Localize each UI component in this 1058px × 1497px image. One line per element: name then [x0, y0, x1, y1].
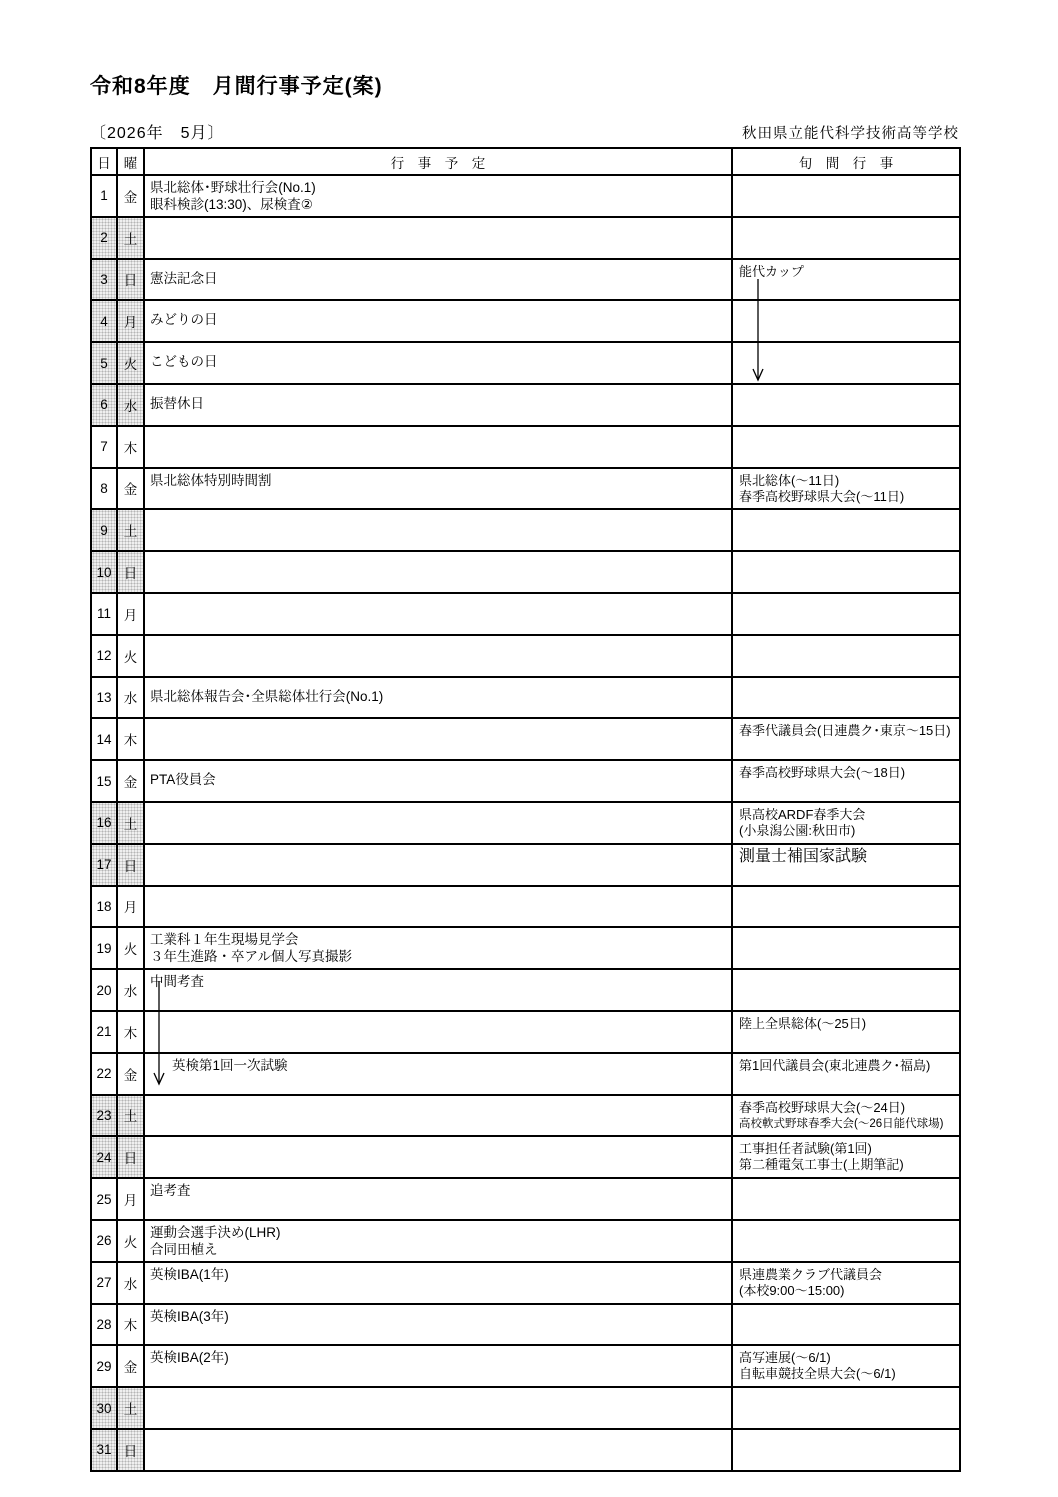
schedule-row: 1金県北総体･野球壮行会(No.1)眼科検診(13:30)、尿検査② [91, 175, 960, 217]
period-event-text: (小泉潟公園:秋田市) [739, 823, 955, 839]
schedule-row: 29金英検IBA(2年)高写連展(～6/1)自転車競技全県大会(～6/1) [91, 1345, 960, 1387]
period-events-cell: 県高校ARDF春季大会(小泉潟公園:秋田市) [732, 802, 960, 844]
events-cell [144, 718, 732, 760]
weekday-cell: 土 [117, 1095, 144, 1137]
day-cell: 7 [91, 426, 117, 468]
events-cell: 振替休日 [144, 384, 732, 426]
schedule-row: 4月みどりの日 [91, 300, 960, 342]
schedule-row: 23土春季高校野球県大会(～24日)高校軟式野球春季大会(～26日能代球場) [91, 1095, 960, 1137]
schedule-row: 5火こどもの日 [91, 342, 960, 384]
day-cell: 5 [91, 342, 117, 384]
event-text: みどりの日 [150, 311, 727, 328]
schedule-row: 25月追考査 [91, 1178, 960, 1220]
period-events-cell [732, 217, 960, 259]
event-text: 合同田植え [150, 1241, 727, 1258]
events-cell [144, 886, 732, 928]
events-cell: 運動会選手決め(LHR)合同田植え [144, 1220, 732, 1262]
period-events-cell: 第1回代議員会(東北連農ク･福島) [732, 1053, 960, 1095]
page-title: 令和8年度 月間行事予定(案) [90, 70, 383, 100]
period-event-text: 県連農業クラブ代議員会 [739, 1267, 955, 1283]
schedule-row: 30土 [91, 1387, 960, 1429]
weekday-cell: 日 [117, 1136, 144, 1178]
events-cell [144, 802, 732, 844]
day-cell: 16 [91, 802, 117, 844]
day-cell: 28 [91, 1304, 117, 1346]
events-cell: こどもの日 [144, 342, 732, 384]
day-cell: 30 [91, 1387, 117, 1429]
event-text: 県北総体報告会･全県総体壮行会(No.1) [150, 688, 727, 705]
schedule-row: 28木英検IBA(3年) [91, 1304, 960, 1346]
period-events-cell [732, 1387, 960, 1429]
school-name: 秋田県立能代科学技術高等学校 [742, 122, 959, 143]
day-cell: 13 [91, 677, 117, 719]
events-cell: 英検IBA(3年) [144, 1304, 732, 1346]
weekday-cell: 金 [117, 1345, 144, 1387]
schedule-row: 16土県高校ARDF春季大会(小泉潟公園:秋田市) [91, 802, 960, 844]
events-cell [144, 1429, 732, 1471]
day-cell: 12 [91, 635, 117, 677]
events-cell: 英検第1回一次試験 [144, 1053, 732, 1095]
day-cell: 31 [91, 1429, 117, 1471]
schedule-row: 20水中間考査 [91, 969, 960, 1011]
header-period-events: 旬 間 行 事 [732, 148, 960, 175]
schedule-row: 12火 [91, 635, 960, 677]
event-text: 県北総体特別時間割 [150, 472, 727, 489]
day-cell: 25 [91, 1178, 117, 1220]
day-cell: 24 [91, 1136, 117, 1178]
events-cell [144, 1136, 732, 1178]
day-cell: 20 [91, 969, 117, 1011]
period-events-cell: 能代カップ [732, 259, 960, 301]
events-cell: 県北総体･野球壮行会(No.1)眼科検診(13:30)、尿検査② [144, 175, 732, 217]
period-event-text: 春季高校野球県大会(～11日) [739, 489, 955, 505]
period-events-cell: 県北総体(～11日)春季高校野球県大会(～11日) [732, 468, 960, 510]
events-cell: みどりの日 [144, 300, 732, 342]
period-event-text: 高校軟式野球春季大会(～26日能代球場) [739, 1116, 955, 1132]
period-events-cell [732, 509, 960, 551]
schedule-row: 24日工事担任者試験(第1回)第二種電気工事士(上期筆記) [91, 1136, 960, 1178]
day-cell: 29 [91, 1345, 117, 1387]
weekday-cell: 土 [117, 509, 144, 551]
schedule-row: 2土 [91, 217, 960, 259]
day-cell: 26 [91, 1220, 117, 1262]
weekday-cell: 金 [117, 175, 144, 217]
period-event-text: 第二種電気工事士(上期筆記) [739, 1157, 955, 1173]
events-cell: 中間考査 [144, 969, 732, 1011]
period-events-cell: 春季高校野球県大会(～18日) [732, 760, 960, 802]
period-events-cell [732, 635, 960, 677]
weekday-cell: 月 [117, 1178, 144, 1220]
schedule-row: 18月 [91, 886, 960, 928]
day-cell: 11 [91, 593, 117, 635]
weekday-cell: 水 [117, 1262, 144, 1304]
schedule-row: 7木 [91, 426, 960, 468]
day-cell: 10 [91, 551, 117, 593]
day-cell: 4 [91, 300, 117, 342]
day-cell: 3 [91, 259, 117, 301]
event-text: 振替休日 [150, 395, 727, 412]
events-cell [144, 593, 732, 635]
schedule-table: 日 曜 行 事 予 定 旬 間 行 事 1金県北総体･野球壮行会(No.1)眼科… [90, 147, 961, 1472]
schedule-row: 22金英検第1回一次試験第1回代議員会(東北連農ク･福島) [91, 1053, 960, 1095]
day-cell: 1 [91, 175, 117, 217]
period-events-cell [732, 342, 960, 384]
weekday-cell: 日 [117, 259, 144, 301]
event-text: ３年生進路・卒アル個人写真撮影 [150, 948, 727, 965]
events-cell: PTA役員会 [144, 760, 732, 802]
weekday-cell: 金 [117, 760, 144, 802]
period-events-cell [732, 384, 960, 426]
events-cell [144, 509, 732, 551]
schedule-row: 9土 [91, 509, 960, 551]
period-event-text: 春季高校野球県大会(～24日) [739, 1100, 955, 1116]
schedule-row: 21木陸上全県総体(～25日) [91, 1011, 960, 1053]
period-events-cell [732, 593, 960, 635]
period-events-cell: 高写連展(～6/1)自転車競技全県大会(～6/1) [732, 1345, 960, 1387]
period-events-cell [732, 426, 960, 468]
period-events-cell [732, 927, 960, 969]
weekday-cell: 木 [117, 426, 144, 468]
day-cell: 6 [91, 384, 117, 426]
event-text: 追考査 [150, 1182, 727, 1199]
period-event-text: 県北総体(～11日) [739, 473, 955, 489]
period-events-cell [732, 969, 960, 1011]
day-cell: 9 [91, 509, 117, 551]
period-event-text: 工事担任者試験(第1回) [739, 1141, 955, 1157]
schedule-row: 17日測量士補国家試験 [91, 844, 960, 886]
weekday-cell: 木 [117, 718, 144, 760]
weekday-cell: 火 [117, 342, 144, 384]
day-cell: 21 [91, 1011, 117, 1053]
period-event-text: 測量士補国家試験 [739, 849, 955, 865]
events-cell: 県北総体報告会･全県総体壮行会(No.1) [144, 677, 732, 719]
event-text: 運動会選手決め(LHR) [150, 1224, 727, 1241]
period-events-cell [732, 886, 960, 928]
schedule-page: 令和8年度 月間行事予定(案) 〔2026年 5月〕 秋田県立能代科学技術高等学… [0, 0, 1058, 1497]
period-events-cell: 陸上全県総体(～25日) [732, 1011, 960, 1053]
period-event-text: (本校9:00～15:00) [739, 1283, 955, 1299]
period-event-text: 陸上全県総体(～25日) [739, 1016, 955, 1032]
day-cell: 15 [91, 760, 117, 802]
period-events-cell: 春季高校野球県大会(～24日)高校軟式野球春季大会(～26日能代球場) [732, 1095, 960, 1137]
header-row: 日 曜 行 事 予 定 旬 間 行 事 [91, 148, 960, 175]
events-cell [144, 635, 732, 677]
event-text: 中間考査 [150, 973, 727, 990]
event-text: こどもの日 [150, 353, 727, 370]
schedule-row: 11月 [91, 593, 960, 635]
schedule-row: 6水振替休日 [91, 384, 960, 426]
weekday-cell: 土 [117, 1387, 144, 1429]
day-cell: 14 [91, 718, 117, 760]
events-cell: 県北総体特別時間割 [144, 468, 732, 510]
schedule-row: 8金県北総体特別時間割県北総体(～11日)春季高校野球県大会(～11日) [91, 468, 960, 510]
period-event-text: 自転車競技全県大会(～6/1) [739, 1366, 955, 1382]
events-cell [144, 426, 732, 468]
period-events-cell [732, 300, 960, 342]
event-text: 英検IBA(3年) [150, 1308, 727, 1325]
period-events-cell [732, 1429, 960, 1471]
events-cell: 英検IBA(2年) [144, 1345, 732, 1387]
period-events-cell [732, 551, 960, 593]
schedule-row: 27水英検IBA(1年)県連農業クラブ代議員会(本校9:00～15:00) [91, 1262, 960, 1304]
day-cell: 27 [91, 1262, 117, 1304]
schedule-row: 19火工業科１年生現場見学会３年生進路・卒アル個人写真撮影 [91, 927, 960, 969]
schedule-row: 15金PTA役員会春季高校野球県大会(～18日) [91, 760, 960, 802]
events-cell [144, 1011, 732, 1053]
event-text: 英検IBA(2年) [150, 1349, 727, 1366]
day-cell: 17 [91, 844, 117, 886]
period-event-text: 県高校ARDF春季大会 [739, 807, 955, 823]
schedule-body: 1金県北総体･野球壮行会(No.1)眼科検診(13:30)、尿検査②2土3日憲法… [91, 175, 960, 1471]
period-events-cell [732, 1178, 960, 1220]
period-event-text: 春季代議員会(日連農ク･東京～15日) [739, 723, 955, 739]
day-cell: 22 [91, 1053, 117, 1095]
subline: 〔2026年 5月〕 秋田県立能代科学技術高等学校 [90, 120, 959, 143]
weekday-cell: 水 [117, 384, 144, 426]
schedule-row: 13水県北総体報告会･全県総体壮行会(No.1) [91, 677, 960, 719]
period-events-cell [732, 677, 960, 719]
header-day: 日 [91, 148, 117, 175]
weekday-cell: 土 [117, 217, 144, 259]
header-events: 行 事 予 定 [144, 148, 732, 175]
period-events-cell: 春季代議員会(日連農ク･東京～15日) [732, 718, 960, 760]
schedule-row: 26火運動会選手決め(LHR)合同田植え [91, 1220, 960, 1262]
event-text: 工業科１年生現場見学会 [150, 931, 727, 948]
weekday-cell: 火 [117, 927, 144, 969]
weekday-cell: 水 [117, 677, 144, 719]
schedule-row: 3日憲法記念日能代カップ [91, 259, 960, 301]
events-cell [144, 551, 732, 593]
day-cell: 23 [91, 1095, 117, 1137]
weekday-cell: 金 [117, 1053, 144, 1095]
day-cell: 19 [91, 927, 117, 969]
weekday-cell: 火 [117, 635, 144, 677]
weekday-cell: 金 [117, 468, 144, 510]
day-cell: 8 [91, 468, 117, 510]
weekday-cell: 月 [117, 593, 144, 635]
events-cell [144, 1387, 732, 1429]
period-event-text: 高写連展(～6/1) [739, 1350, 955, 1366]
header-weekday: 曜 [117, 148, 144, 175]
events-cell [144, 844, 732, 886]
schedule-row: 31日 [91, 1429, 960, 1471]
weekday-cell: 日 [117, 551, 144, 593]
event-text: 県北総体･野球壮行会(No.1) [150, 179, 727, 196]
period-events-cell: 工事担任者試験(第1回)第二種電気工事士(上期筆記) [732, 1136, 960, 1178]
period-event-text: 第1回代議員会(東北連農ク･福島) [739, 1058, 955, 1074]
event-text: 眼科検診(13:30)、尿検査② [150, 196, 727, 213]
month-label: 〔2026年 5月〕 [90, 120, 225, 143]
day-cell: 18 [91, 886, 117, 928]
events-cell: 追考査 [144, 1178, 732, 1220]
period-events-cell: 県連農業クラブ代議員会(本校9:00～15:00) [732, 1262, 960, 1304]
events-cell: 憲法記念日 [144, 259, 732, 301]
day-cell: 2 [91, 217, 117, 259]
weekday-cell: 月 [117, 300, 144, 342]
event-text: 英検第1回一次試験 [150, 1057, 727, 1074]
events-cell: 工業科１年生現場見学会３年生進路・卒アル個人写真撮影 [144, 927, 732, 969]
weekday-cell: 月 [117, 886, 144, 928]
events-cell [144, 1095, 732, 1137]
period-events-cell [732, 1220, 960, 1262]
schedule-row: 10日 [91, 551, 960, 593]
weekday-cell: 水 [117, 969, 144, 1011]
weekday-cell: 火 [117, 1220, 144, 1262]
event-text: PTA役員会 [150, 771, 727, 788]
period-events-cell [732, 175, 960, 217]
weekday-cell: 木 [117, 1011, 144, 1053]
events-cell: 英検IBA(1年) [144, 1262, 732, 1304]
weekday-cell: 木 [117, 1304, 144, 1346]
schedule-row: 14木春季代議員会(日連農ク･東京～15日) [91, 718, 960, 760]
weekday-cell: 土 [117, 802, 144, 844]
events-cell [144, 217, 732, 259]
event-text: 憲法記念日 [150, 270, 727, 287]
period-events-cell: 測量士補国家試験 [732, 844, 960, 886]
weekday-cell: 日 [117, 1429, 144, 1471]
period-events-cell [732, 1304, 960, 1346]
period-event-text: 能代カップ [739, 264, 955, 280]
period-event-text: 春季高校野球県大会(～18日) [739, 765, 955, 781]
weekday-cell: 日 [117, 844, 144, 886]
event-text: 英検IBA(1年) [150, 1266, 727, 1283]
